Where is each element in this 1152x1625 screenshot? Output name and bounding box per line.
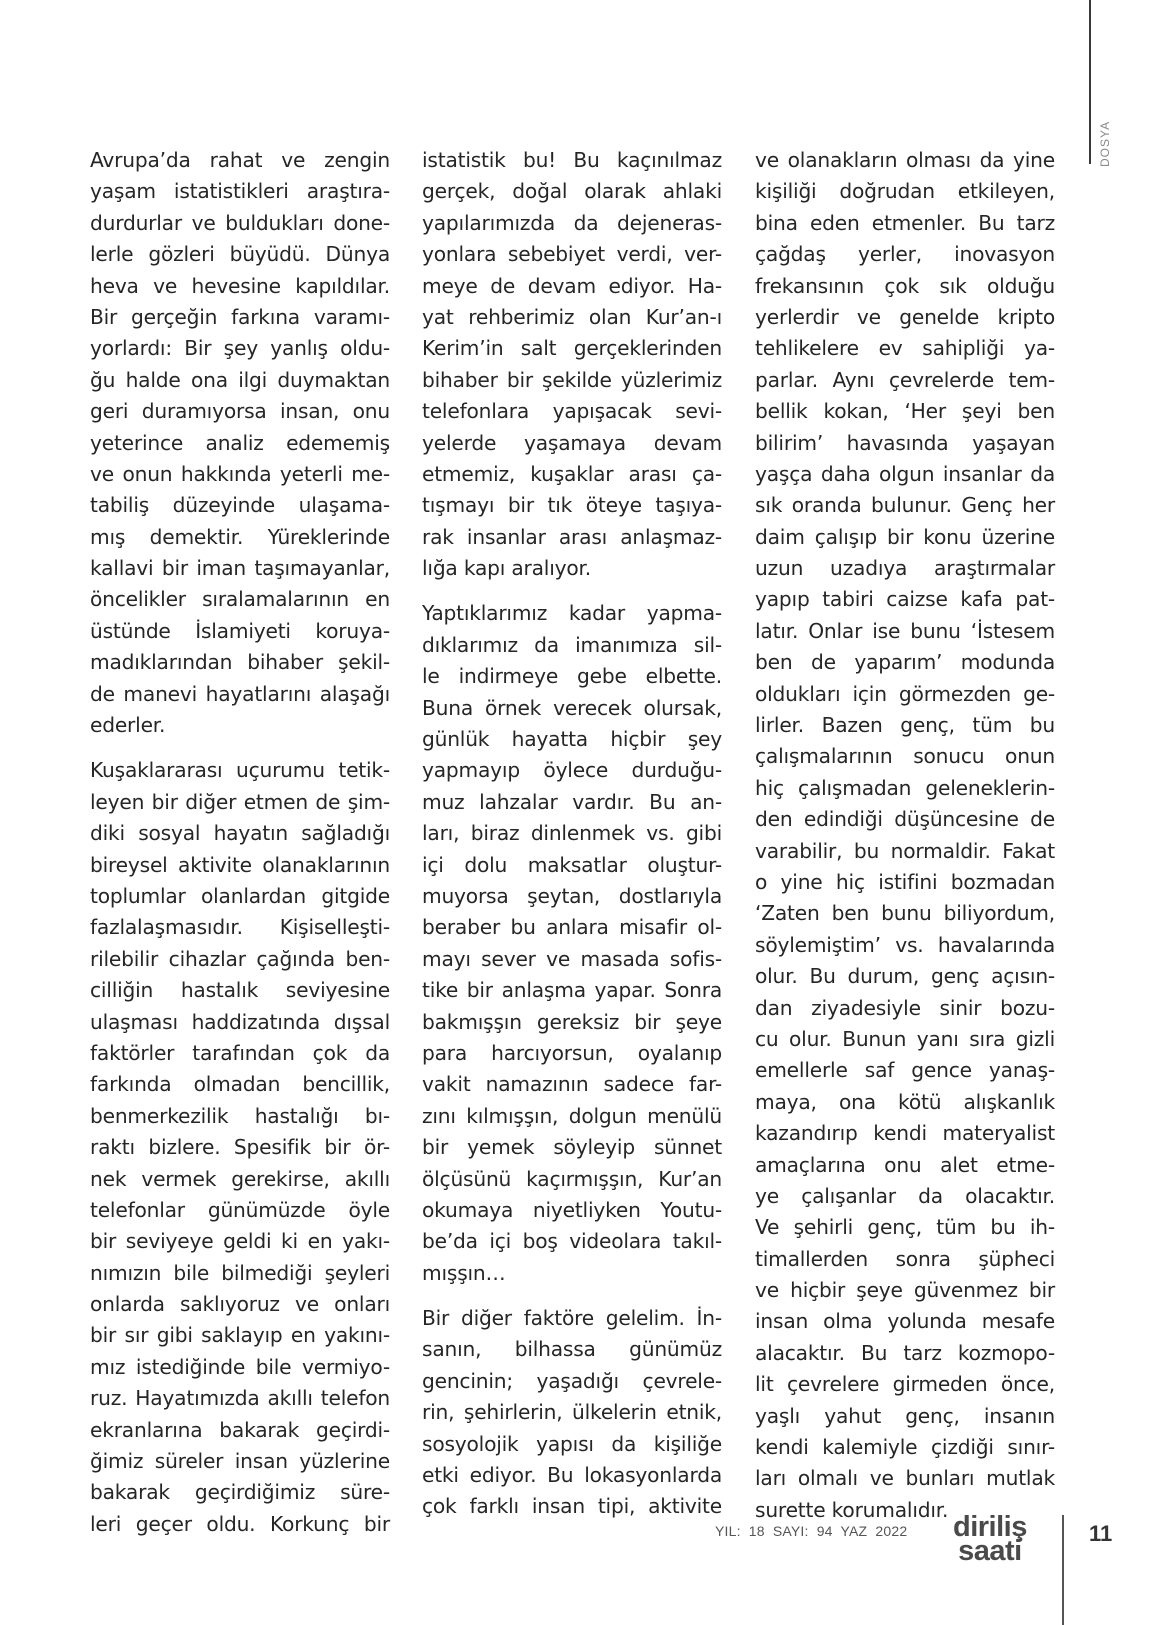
text-line: yorlardı: Bir şey yanlış oldu- bbox=[90, 333, 390, 364]
text-line: ları, biraz dinlenmek vs. gibi bbox=[422, 818, 722, 849]
text-line: be’da içi boş videolara takıl- bbox=[422, 1226, 722, 1257]
section-label: DOSYA bbox=[1098, 121, 1112, 167]
text-line: etmemiz, kuşaklar arası ça- bbox=[422, 459, 722, 490]
text-line: mayı sever ve masada sofis- bbox=[422, 944, 722, 975]
text-line: o yine hiç istifini bozmadan bbox=[755, 867, 1055, 898]
text-line: bilirim’ havasında yaşayan bbox=[755, 428, 1055, 459]
text-line: ğu halde ona ilgi duymaktan bbox=[90, 365, 390, 396]
paragraph: Kuşaklararası uçurumu tetik-leyen bir di… bbox=[90, 755, 390, 1540]
text-line: bir yemek söyleyip sünnet bbox=[422, 1132, 722, 1163]
text-line: yaşça daha olgun insanlar da bbox=[755, 459, 1055, 490]
text-line: amaçlarına onu alet etme- bbox=[755, 1150, 1055, 1181]
text-line: leyen bir diğer etmen de şim- bbox=[90, 787, 390, 818]
text-line: geri duramıyorsa insan, onu bbox=[90, 396, 390, 427]
text-line: faktörler tarafından çok da bbox=[90, 1038, 390, 1069]
text-line: bakarak geçirdiğimiz süre- bbox=[90, 1477, 390, 1508]
text-line: bakmışşın gereksiz bir şeye bbox=[422, 1007, 722, 1038]
column-2: istatistik bu! Bu kaçınılmazgerçek, doğa… bbox=[422, 145, 722, 1537]
text-line: rin, şehirlerin, ülkelerin etnik, bbox=[422, 1397, 722, 1428]
text-line: ben de yaparım’ modunda bbox=[755, 647, 1055, 678]
text-line: yaşlı yahut genç, insanın bbox=[755, 1401, 1055, 1432]
top-vertical-rule bbox=[1089, 0, 1091, 164]
text-line: mız istediğinde bile vermiyo- bbox=[90, 1352, 390, 1383]
text-line: kazandırıp kendi materyalist bbox=[755, 1118, 1055, 1149]
text-line: ekranlarına bakarak geçirdi- bbox=[90, 1415, 390, 1446]
text-line: oldukları için görmezden ge- bbox=[755, 679, 1055, 710]
text-line: durdurlar ve buldukları done- bbox=[90, 208, 390, 239]
text-line: bina eden etmenler. Bu tarz bbox=[755, 208, 1055, 239]
text-line: bir seviyeye geldi ki en yakı- bbox=[90, 1226, 390, 1257]
text-line: ruz. Hayatımızda akıllı telefon bbox=[90, 1383, 390, 1414]
text-line: insan olma yolunda mesafe bbox=[755, 1306, 1055, 1337]
text-line: ye çalışanlar da olacaktır. bbox=[755, 1181, 1055, 1212]
text-line: Bir diğer faktöre gelelim. İn- bbox=[422, 1303, 722, 1334]
text-line: uzun uzadıya araştırmalar bbox=[755, 553, 1055, 584]
text-line: yapmayıp öylece durduğu- bbox=[422, 755, 722, 786]
text-line: yapılarımızda da dejeneras- bbox=[422, 208, 722, 239]
text-line: latır. Onlar ise bunu ‘İstesem bbox=[755, 616, 1055, 647]
text-line: sık oranda bulunur. Genç her bbox=[755, 490, 1055, 521]
text-line: yonlara sebebiyet verdi, ver- bbox=[422, 239, 722, 270]
text-line: bellik kokan, ‘Her şeyi ben bbox=[755, 396, 1055, 427]
text-line: günlük hayatta hiçbir şey bbox=[422, 724, 722, 755]
text-line: beraber bu anlara misafir ol- bbox=[422, 912, 722, 943]
text-line: yat rehberimiz olan Kur’an-ı bbox=[422, 302, 722, 333]
magazine-logo: diriliş saati bbox=[953, 1515, 1027, 1563]
text-line: çalışmalarının sonucu onun bbox=[755, 741, 1055, 772]
text-line: hiç çalışmadan geleneklerin- bbox=[755, 773, 1055, 804]
text-line: bir sır gibi saklayıp en yakını- bbox=[90, 1320, 390, 1351]
text-line: tabiliş düzeyinde ulaşama- bbox=[90, 490, 390, 521]
text-line: söylemiştim’ vs. havalarında bbox=[755, 930, 1055, 961]
text-line: le indirmeye gebe elbette. bbox=[422, 661, 722, 692]
text-line: dıklarımız da imanımıza sil- bbox=[422, 630, 722, 661]
text-line: çağdaş yerler, inovasyon bbox=[755, 239, 1055, 270]
text-line: muz lahzalar vardır. Bu an- bbox=[422, 787, 722, 818]
text-line: bihaber bir şekilde yüzlerimiz bbox=[422, 365, 722, 396]
text-line: rilebilir cihazlar çağında ben- bbox=[90, 944, 390, 975]
issue-info: YIL: 18 SAYI: 94 YAZ 2022 bbox=[715, 1523, 907, 1539]
text-line: fazlalaşmasıdır. Kişiselleşti- bbox=[90, 912, 390, 943]
text-line: alacaktır. Bu tarz kozmopo- bbox=[755, 1338, 1055, 1369]
text-line: sosyolojik yapısı da kişiliğe bbox=[422, 1429, 722, 1460]
text-line: daim çalışıp bir konu üzerine bbox=[755, 522, 1055, 553]
footer-vertical-rule bbox=[1062, 1515, 1064, 1625]
paragraph: Yaptıklarımız kadar yapma-dıklarımız da … bbox=[422, 598, 722, 1289]
text-line: kendi kalemiyle çizdiği sınır- bbox=[755, 1432, 1055, 1463]
text-line: benmerkezilik hastalığı bı- bbox=[90, 1101, 390, 1132]
text-line: ve hiçbir şeye güvenmez bir bbox=[755, 1275, 1055, 1306]
text-line: rak insanlar arası anlaşmaz- bbox=[422, 522, 722, 553]
text-line: lığa kapı aralıyor. bbox=[422, 553, 722, 584]
paragraph: istatistik bu! Bu kaçınılmazgerçek, doğa… bbox=[422, 145, 722, 584]
text-line: toplumlar olanlardan gitgide bbox=[90, 881, 390, 912]
text-line: para harcıyorsun, oyalanıp bbox=[422, 1038, 722, 1069]
text-line: varabilir, bu normaldir. Fakat bbox=[755, 836, 1055, 867]
text-line: kallavi bir iman taşımayanlar, bbox=[90, 553, 390, 584]
text-line: içi dolu maksatlar oluştur- bbox=[422, 850, 722, 881]
text-line: de manevi hayatlarını alaşağı bbox=[90, 679, 390, 710]
text-line: dan ziyadesiyle sinir bozu- bbox=[755, 993, 1055, 1024]
text-line: ve onun hakkında yeterli me- bbox=[90, 459, 390, 490]
text-line: lirler. Bazen genç, tüm bu bbox=[755, 710, 1055, 741]
text-line: kişiliği doğrudan etkileyen, bbox=[755, 176, 1055, 207]
text-line: ederler. bbox=[90, 710, 390, 741]
text-line: den edindiği düşüncesine de bbox=[755, 804, 1055, 835]
text-line: tike bir anlaşma yapar. Sonra bbox=[422, 975, 722, 1006]
text-line: farkında olmadan bencillik, bbox=[90, 1069, 390, 1100]
text-line: ‘Zaten ben bunu biliyordum, bbox=[755, 898, 1055, 929]
text-line: ulaşması haddizatında dışsal bbox=[90, 1007, 390, 1038]
text-line: etki ediyor. Bu lokasyonlarda bbox=[422, 1460, 722, 1491]
text-line: mışşın… bbox=[422, 1258, 722, 1289]
text-line: üstünde İslamiyeti koruya- bbox=[90, 616, 390, 647]
text-line: lit çevrelere girmeden önce, bbox=[755, 1369, 1055, 1400]
column-1: Avrupa’da rahat ve zenginyaşam istatisti… bbox=[90, 145, 390, 1554]
text-line: öncelikler sıralamalarının en bbox=[90, 584, 390, 615]
text-line: çok farklı insan tipi, aktivite bbox=[422, 1491, 722, 1522]
text-line: telefonlara yapışacak sevi- bbox=[422, 396, 722, 427]
text-line: yeterince analiz edememiş bbox=[90, 428, 390, 459]
text-line: ları olmalı ve bunları mutlak bbox=[755, 1463, 1055, 1494]
text-line: Bir gerçeğin farkına varamı- bbox=[90, 302, 390, 333]
text-line: tehlikelere ev sahipliği ya- bbox=[755, 333, 1055, 364]
text-line: nımızın bile bilmediği şeyleri bbox=[90, 1258, 390, 1289]
text-line: maya, ona kötü alışkanlık bbox=[755, 1087, 1055, 1118]
text-line: istatistik bu! Bu kaçınılmaz bbox=[422, 145, 722, 176]
text-line: heva ve hevesine kapıldılar. bbox=[90, 271, 390, 302]
text-line: ölçüsünü kaçırmışşın, Kur’an bbox=[422, 1164, 722, 1195]
text-line: leri geçer oldu. Korkunç bir bbox=[90, 1509, 390, 1540]
text-line: emellerle saf gence yanaş- bbox=[755, 1055, 1055, 1086]
text-line: Kuşaklararası uçurumu tetik- bbox=[90, 755, 390, 786]
text-line: parlar. Aynı çevrelerde tem- bbox=[755, 365, 1055, 396]
text-line: gencinin; yaşadığı çevrele- bbox=[422, 1366, 722, 1397]
column-3: ve olanakların olması da yinekişiliği do… bbox=[755, 145, 1055, 1540]
paragraph: ve olanakların olması da yinekişiliği do… bbox=[755, 145, 1055, 1526]
text-line: bireysel aktivite olanaklarının bbox=[90, 850, 390, 881]
text-line: Avrupa’da rahat ve zengin bbox=[90, 145, 390, 176]
text-line: cu olur. Bunun yanı sıra gizli bbox=[755, 1024, 1055, 1055]
text-line: muyorsa şeytan, dostlarıyla bbox=[422, 881, 722, 912]
text-line: onlarda saklıyoruz ve onları bbox=[90, 1289, 390, 1320]
text-line: yaşam istatistikleri araştıra- bbox=[90, 176, 390, 207]
text-line: ve olanakların olması da yine bbox=[755, 145, 1055, 176]
text-line: yelerde yaşamaya devam bbox=[422, 428, 722, 459]
text-line: tışmayı bir tık öteye taşıya- bbox=[422, 490, 722, 521]
text-line: meye de devam ediyor. Ha- bbox=[422, 271, 722, 302]
text-line: gerçek, doğal olarak ahlaki bbox=[422, 176, 722, 207]
text-line: okumaya niyetliyken Youtu- bbox=[422, 1195, 722, 1226]
text-line: mış demektir. Yüreklerinde bbox=[90, 522, 390, 553]
text-line: Yaptıklarımız kadar yapma- bbox=[422, 598, 722, 629]
text-line: yapıp tabiri caizse kafa pat- bbox=[755, 584, 1055, 615]
text-line: diki sosyal hayatın sağladığı bbox=[90, 818, 390, 849]
text-line: madıklarından bihaber şekil- bbox=[90, 647, 390, 678]
paragraph: Bir diğer faktöre gelelim. İn-sanın, bil… bbox=[422, 1303, 722, 1523]
text-line: zını kılmışşın, dolgun menülü bbox=[422, 1101, 722, 1132]
text-line: vakit namazının sadece far- bbox=[422, 1069, 722, 1100]
text-line: timallerden sonra şüpheci bbox=[755, 1244, 1055, 1275]
text-line: Kerim’in salt gerçeklerinden bbox=[422, 333, 722, 364]
text-line: yerlerdir ve genelde kripto bbox=[755, 302, 1055, 333]
text-line: raktı bizlere. Spesifik bir ör- bbox=[90, 1132, 390, 1163]
text-line: sanın, bilhassa günümüz bbox=[422, 1334, 722, 1365]
text-line: frekansının çok sık olduğu bbox=[755, 271, 1055, 302]
text-line: Ve şehirli genç, tüm bu ih- bbox=[755, 1212, 1055, 1243]
logo-line-2: saati bbox=[953, 1539, 1027, 1563]
text-line: Buna örnek verecek olursak, bbox=[422, 693, 722, 724]
text-line: lerle gözleri büyüdü. Dünya bbox=[90, 239, 390, 270]
text-line: ğimiz süreler insan yüzlerine bbox=[90, 1446, 390, 1477]
page-number: 11 bbox=[1089, 1521, 1112, 1547]
text-line: nek vermek gerekirse, akıllı bbox=[90, 1164, 390, 1195]
text-line: cilliğin hastalık seviyesine bbox=[90, 975, 390, 1006]
text-line: telefonlar günümüzde öyle bbox=[90, 1195, 390, 1226]
paragraph: Avrupa’da rahat ve zenginyaşam istatisti… bbox=[90, 145, 390, 741]
text-line: olur. Bu durum, genç açısın- bbox=[755, 961, 1055, 992]
